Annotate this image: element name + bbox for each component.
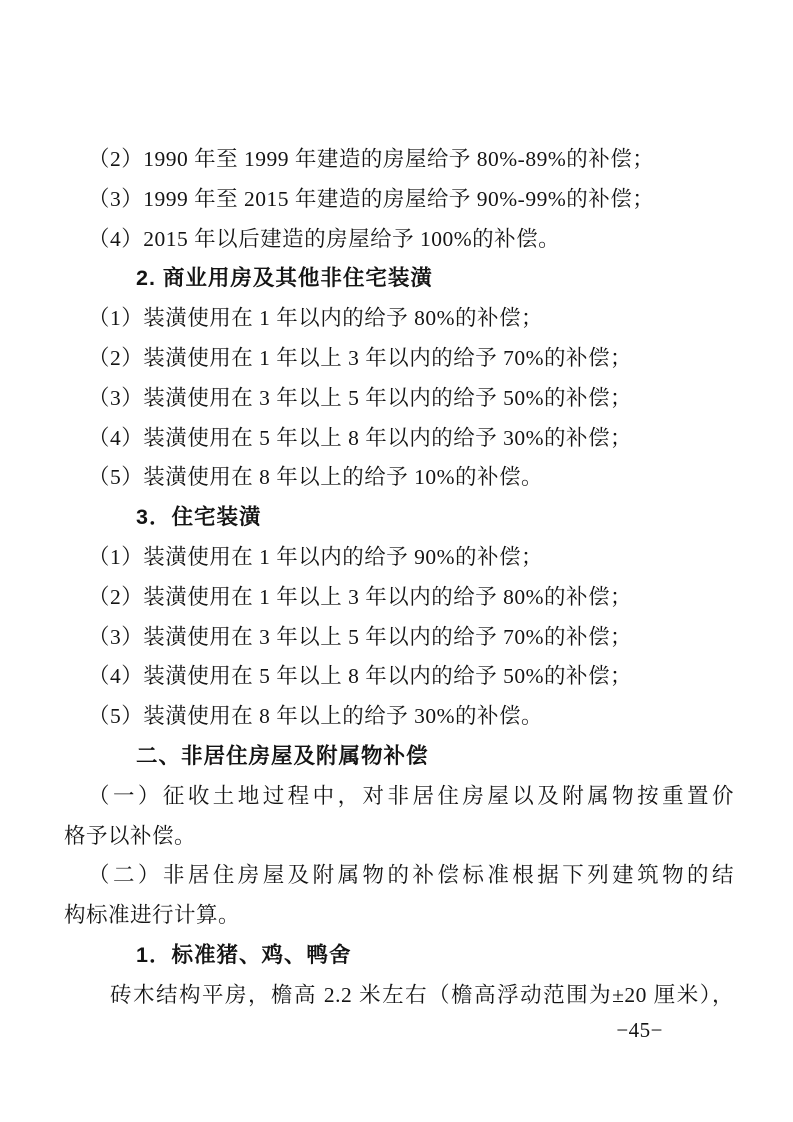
- list-item-commercial-1: （1）装潢使用在 1 年以内的给予 80%的补偿；: [64, 299, 734, 339]
- document-page: （2）1990 年至 1999 年建造的房屋给予 80%-89%的补偿； （3）…: [0, 0, 793, 1122]
- heading-section-2-nonresidential: 二、非居住房屋及附属物补偿: [64, 737, 734, 777]
- list-item-house-age-2: （2）1990 年至 1999 年建造的房屋给予 80%-89%的补偿；: [64, 140, 734, 180]
- list-item-commercial-2: （2）装潢使用在 1 年以上 3 年以内的给予 70%的补偿；: [64, 339, 734, 379]
- list-item-residential-2: （2）装潢使用在 1 年以上 3 年以内的给予 80%的补偿；: [64, 578, 734, 618]
- list-item-residential-1: （1）装潢使用在 1 年以内的给予 90%的补偿；: [64, 538, 734, 578]
- list-item-residential-3: （3）装潢使用在 3 年以上 5 年以内的给予 70%的补偿；: [64, 618, 734, 658]
- list-item-commercial-5: （5）装潢使用在 8 年以上的给予 10%的补偿。: [64, 458, 734, 498]
- paragraph-shed-spec-line-1: 砖木结构平房，檐高 2.2 米左右（檐高浮动范围为±20 厘米），: [64, 976, 734, 1016]
- page-number: −45−: [0, 1014, 793, 1046]
- list-item-residential-5: （5）装潢使用在 8 年以上的给予 30%的补偿。: [64, 697, 734, 737]
- paragraph-nonresidential-1-line-2: 格予以补偿。: [64, 817, 734, 857]
- heading-commercial-decoration: 2. 商业用房及其他非住宅装潢: [64, 259, 734, 299]
- heading-standard-animal-shed: 1．标准猪、鸡、鸭舍: [64, 936, 734, 976]
- paragraph-nonresidential-2-line-2: 构标准进行计算。: [64, 896, 734, 936]
- list-item-house-age-3: （3）1999 年至 2015 年建造的房屋给予 90%-99%的补偿；: [64, 180, 734, 220]
- document-text-block: （2）1990 年至 1999 年建造的房屋给予 80%-89%的补偿； （3）…: [64, 0, 734, 1016]
- heading-residential-decoration: 3．住宅装潢: [64, 498, 734, 538]
- list-item-house-age-4: （4）2015 年以后建造的房屋给予 100%的补偿。: [64, 220, 734, 260]
- paragraph-nonresidential-2-line-1: （二）非居住房屋及附属物的补偿标准根据下列建筑物的结: [64, 856, 734, 896]
- paragraph-nonresidential-1-line-1: （一）征收土地过程中，对非居住房屋以及附属物按重置价: [64, 777, 734, 817]
- list-item-commercial-3: （3）装潢使用在 3 年以上 5 年以内的给予 50%的补偿；: [64, 379, 734, 419]
- list-item-commercial-4: （4）装潢使用在 5 年以上 8 年以内的给予 30%的补偿；: [64, 419, 734, 459]
- list-item-residential-4: （4）装潢使用在 5 年以上 8 年以内的给予 50%的补偿；: [64, 657, 734, 697]
